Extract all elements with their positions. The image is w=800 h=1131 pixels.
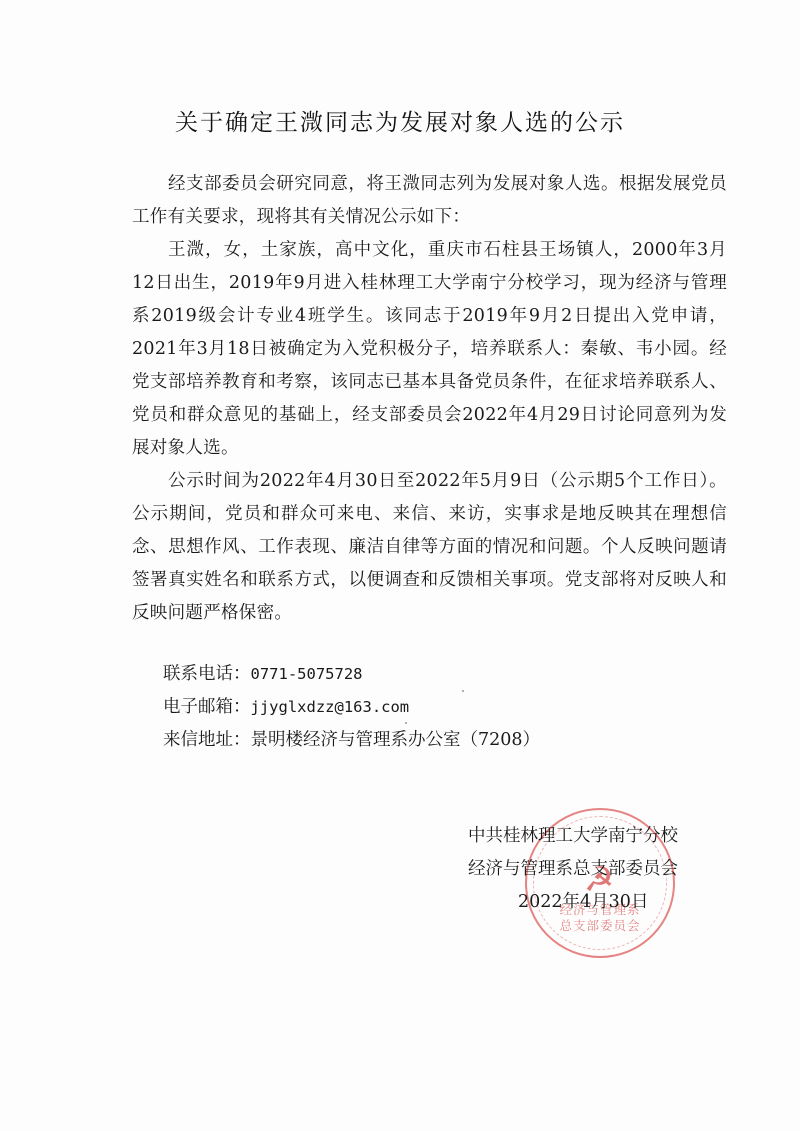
- email-value: jjyglxdzz@163.com: [251, 698, 410, 716]
- document-body: 经支部委员会研究同意，将王溦同志列为发展对象人选。根据发展党员工作有关要求，现将…: [132, 168, 727, 630]
- paragraph-notice-period: 公示时间为2022年4月30日至2022年5月9日（公示期5个工作日）。公示期间…: [132, 465, 727, 630]
- phone-value: 0771-5075728: [251, 665, 363, 683]
- signature-date: 2022年4月30日: [468, 886, 678, 919]
- paragraph-intro: 经支部委员会研究同意，将王溦同志列为发展对象人选。根据发展党员工作有关要求，现将…: [132, 168, 727, 234]
- contact-address-row: 来信地址：景明楼经济与管理系办公室（7208）: [163, 724, 540, 757]
- contact-phone-row: 联系电话：0771-5075728: [163, 658, 540, 691]
- signature-block: 中共桂林理工大学南宁分校 经济与管理系总支部委员会 2022年4月30日: [468, 820, 678, 919]
- paragraph-candidate-info: 王溦，女，土家族，高中文化，重庆市石柱县王场镇人，2000年3月12日出生，20…: [132, 234, 727, 465]
- signature-org-line2: 经济与管理系总支部委员会: [468, 853, 678, 886]
- contact-email-row: 电子邮箱：jjyglxdzz@163.com: [163, 691, 540, 724]
- contact-info: 联系电话：0771-5075728 电子邮箱：jjyglxdzz@163.com…: [163, 658, 540, 757]
- scan-speck: [405, 722, 407, 724]
- document-title: 关于确定王溦同志为发展对象人选的公示: [0, 104, 800, 137]
- phone-label: 联系电话：: [163, 664, 251, 684]
- signature-org-line1: 中共桂林理工大学南宁分校: [468, 820, 678, 853]
- email-label: 电子邮箱：: [163, 697, 251, 717]
- scan-speck: [462, 690, 464, 692]
- seal-text-line2: 总支部委员会: [545, 918, 655, 934]
- address-label: 来信地址：: [163, 730, 251, 750]
- address-value: 景明楼经济与管理系办公室（7208）: [251, 730, 541, 750]
